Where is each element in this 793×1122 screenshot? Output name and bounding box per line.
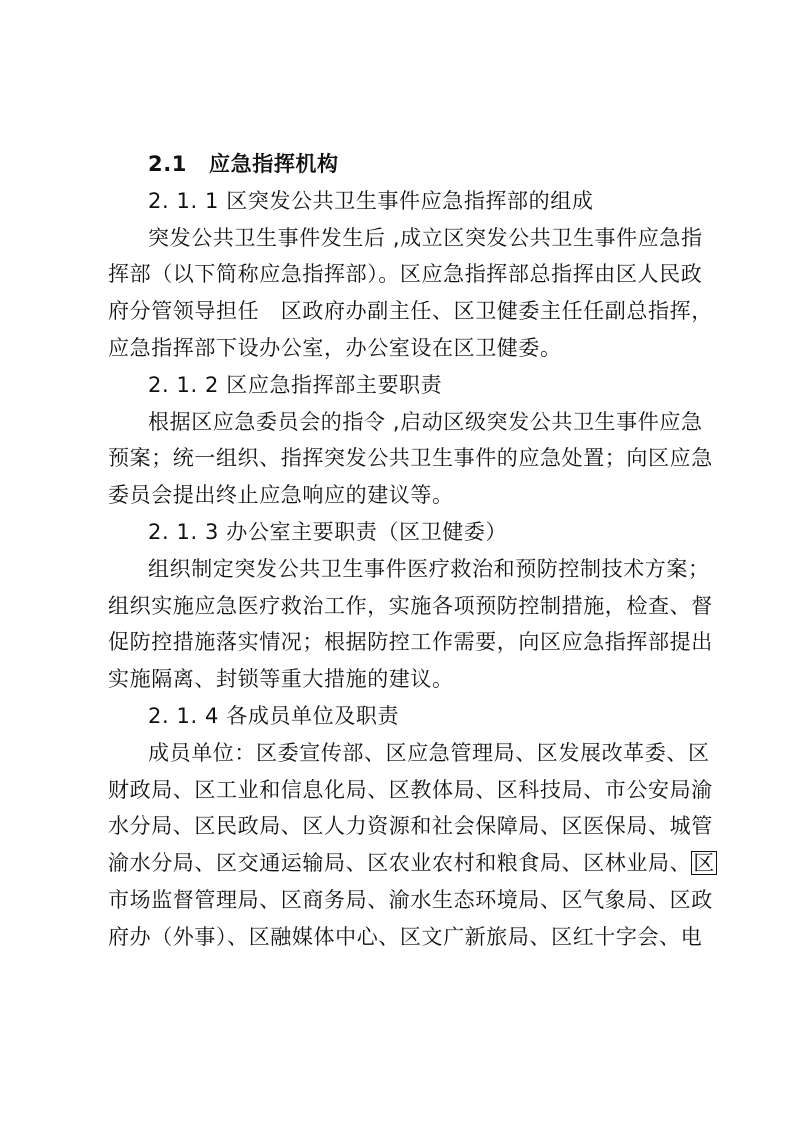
section-heading: 2.1应急指挥机构 <box>108 146 693 183</box>
subsection-heading-2-1-2: 2. 1. 2 区应急指挥部主要职责 <box>108 367 693 404</box>
paragraph-line: 组织实施应急医疗救治工作，实施各项预防控制措施，检查、督 <box>108 588 693 625</box>
document-body: 2.1应急指挥机构 2. 1. 1 区突发公共卫生事件应急指挥部的组成 突发公共… <box>108 146 693 956</box>
paragraph-line: 府办（外事）、区融媒体中心、区文广新旅局、区红十字会、电 <box>108 919 693 956</box>
paragraph-line: 府分管领导担任 区政府办副主任、区卫健委主任任副总指挥， <box>108 293 693 330</box>
paragraph-line: 根据区应急委员会的指令 ,启动区级突发公共卫生事件应急 <box>108 404 693 441</box>
subsection-heading-2-1-1: 2. 1. 1 区突发公共卫生事件应急指挥部的组成 <box>108 183 693 220</box>
paragraph-line: 委员会提出终止应急响应的建议等。 <box>108 477 693 514</box>
subsection-heading-2-1-4: 2. 1. 4 各成员单位及职责 <box>108 698 693 735</box>
paragraph-line: 成员单位：区委宣传部、区应急管理局、区发展改革委、区 <box>108 735 693 772</box>
paragraph-line-with-boxed-char: 渝水分局、区交通运输局、区农业农村和粮食局、区林业局、区 <box>108 845 693 882</box>
paragraph-line: 突发公共卫生事件发生后 ,成立区突发公共卫生事件应急指 <box>108 220 693 257</box>
paragraph-line: 市场监督管理局、区商务局、渝水生态环境局、区气象局、区政 <box>108 882 693 919</box>
subsection-heading-2-1-3: 2. 1. 3 办公室主要职责（区卫健委） <box>108 514 693 551</box>
boxed-character: 区 <box>691 851 717 875</box>
paragraph-line: 挥部（以下简称应急指挥部）。区应急指挥部总指挥由区人民政 <box>108 256 693 293</box>
paragraph-line: 预案；统一组织、指挥突发公共卫生事件的应急处置；向区应急 <box>108 440 693 477</box>
section-number: 2.1 <box>148 152 187 176</box>
section-title: 应急指挥机构 <box>209 152 339 176</box>
paragraph-line: 实施隔离、封锁等重大措施的建议。 <box>108 661 693 698</box>
paragraph-line: 财政局、区工业和信息化局、区教体局、区科技局、市公安局渝 <box>108 772 693 809</box>
paragraph-line: 组织制定突发公共卫生事件医疗救治和预防控制技术方案； <box>108 551 693 588</box>
paragraph-line: 促防控措施落实情况；根据防控工作需要，向区应急指挥部提出 <box>108 624 693 661</box>
paragraph-line: 水分局、区民政局、区人力资源和社会保障局、区医保局、城管 <box>108 808 693 845</box>
paragraph-text: 渝水分局、区交通运输局、区农业农村和粮食局、区林业局、 <box>108 851 691 875</box>
paragraph-line: 应急指挥部下设办公室，办公室设在区卫健委。 <box>108 330 693 367</box>
document-page: 2.1应急指挥机构 2. 1. 1 区突发公共卫生事件应急指挥部的组成 突发公共… <box>0 0 793 1122</box>
